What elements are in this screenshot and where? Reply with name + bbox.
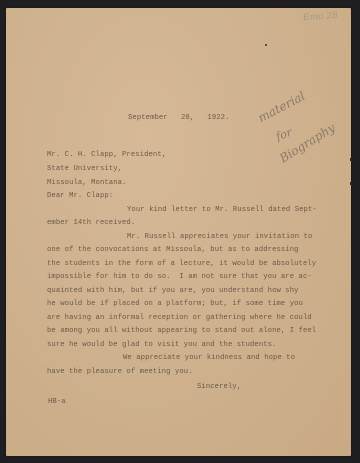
para2-line9: sure he would be glad to visit you and t… — [47, 341, 277, 349]
recipient-line-3: Missoula, Montana. — [47, 179, 126, 187]
para2-line8: be among you all without appearing to st… — [47, 327, 316, 335]
para3-line2: have the pleasure of meeting you. — [47, 368, 193, 376]
edge-mark — [350, 158, 353, 161]
salutation: Dear Mr. Clapp: — [47, 192, 113, 200]
para2-line7: are having an informal reception or gath… — [47, 314, 312, 322]
para2-line4: impossible for him to do so. I am not su… — [47, 273, 312, 281]
para2-line3: the students in the form of a lecture, i… — [47, 260, 316, 268]
para3-line1: We appreciate your kindness and hope to — [123, 354, 295, 362]
typist-initials: HB-a — [48, 398, 66, 406]
handwritten-note-2: for — [274, 126, 293, 144]
letter-date: September 20, 1922. — [128, 114, 230, 122]
para1-line2: ember 14th received. — [47, 219, 135, 227]
ink-spot — [265, 44, 267, 46]
letter-page: Emo 28 September 20, 1922. Mr. C. H. Cla… — [6, 8, 351, 456]
archive-mark: Emo 28 — [303, 11, 338, 23]
para1-line1: Your kind letter to Mr. Russell dated Se… — [127, 206, 317, 214]
para2-line1: Mr. Russell appreciates your invitation … — [127, 233, 312, 241]
handwritten-note-1: material — [256, 89, 308, 125]
recipient-line-1: Mr. C. H. Clapp, President, — [47, 151, 166, 159]
recipient-line-2: State University, — [47, 165, 122, 173]
para2-line2: one of the convocations at Missoula, but… — [47, 246, 299, 254]
para2-line6: he would be if placed on a platform; but… — [47, 300, 303, 308]
closing: Sincerely, — [197, 383, 241, 391]
edge-mark — [350, 182, 353, 185]
para2-line5: quainted with him, but if you are, you u… — [47, 287, 299, 295]
